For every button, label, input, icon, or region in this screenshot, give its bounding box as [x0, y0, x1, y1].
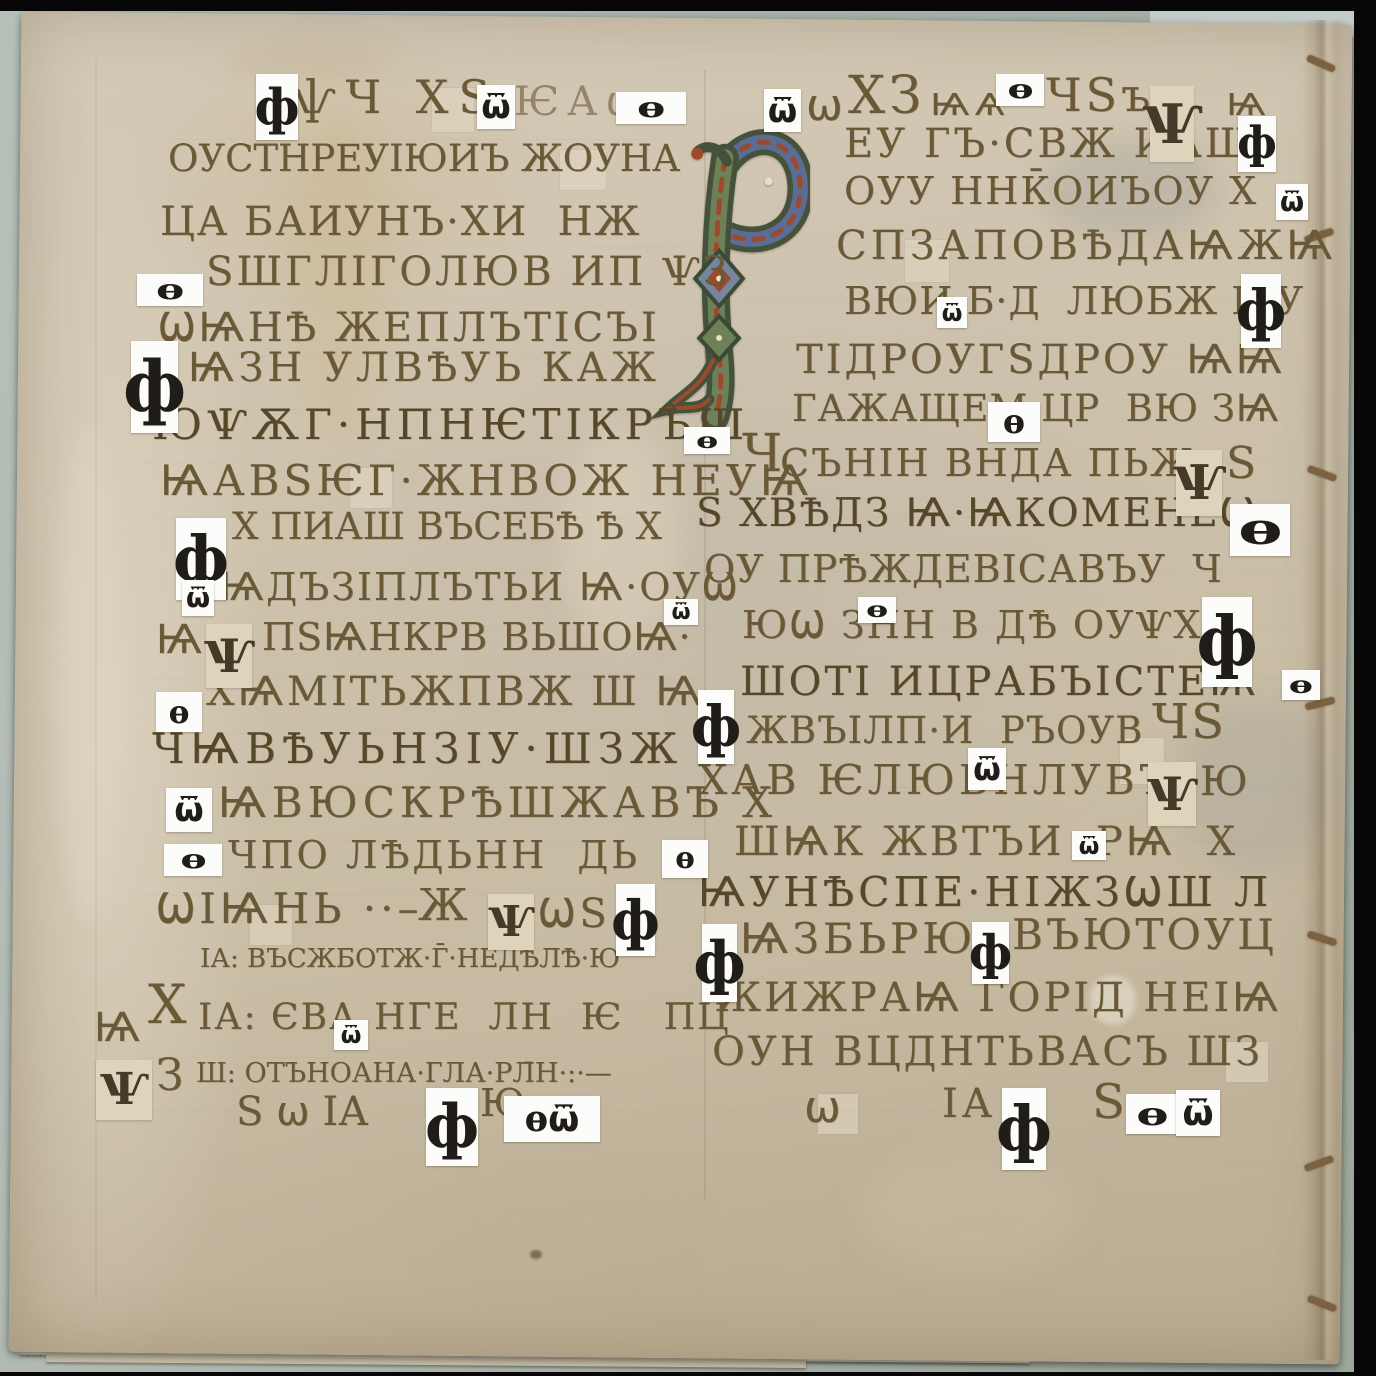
glyph-patch-omega-titlo: ѿ — [764, 89, 801, 132]
omega-titlo-glyph: ѿ — [942, 301, 963, 325]
text-line: З — [156, 1054, 183, 1098]
text-line: ХѨМІТЬЖПВЖ Ш Ѩ — [206, 672, 705, 712]
phi-glyph: ф — [693, 934, 745, 992]
psi-glyph: Ѱ — [1147, 771, 1197, 817]
glyph-patch-fita: ѳ — [156, 692, 202, 732]
text-line: Ѩ — [156, 620, 202, 660]
fita-glyph: ѳ — [180, 847, 206, 873]
stitch — [1307, 465, 1338, 482]
omega-titlo-glyph: ѿ — [186, 584, 210, 612]
text-line: ѨУНѢСПЕ·НІЖЗѠШ Л — [698, 872, 1272, 913]
glyph-patch-omega-titlo: ѿ — [334, 1020, 368, 1050]
glyph-patch-psi: Ѱ — [206, 624, 252, 688]
glyph-patch-omega-titlo: ѿ — [1176, 1090, 1220, 1136]
glyph-patch-psi: Ѱ — [488, 894, 534, 950]
manuscript-photo: Р ѱЧ ХЅ ѤАѡ — [0, 0, 1376, 1376]
glyph-patch-phi: ф — [972, 922, 1009, 984]
phi-glyph: ф — [969, 929, 1012, 977]
text-line: ЧЅъ — [1046, 72, 1154, 118]
phi-glyph: ф — [1196, 608, 1257, 676]
text-line: Ѕ — [1226, 442, 1256, 486]
stain — [420, 1180, 680, 1260]
glyph-patch-fita: ѳ — [988, 402, 1040, 442]
text-line: ОУСТНРЕУІЮИЪ ЖОУНА — [168, 140, 680, 177]
glyph-patch-fita: ѳ — [684, 427, 730, 454]
stain — [60, 420, 120, 920]
text-line: ВЪЮТОУЦ — [1012, 914, 1277, 956]
text-line: Ѡ ЖВЪІЛП·И РЪОУВ — [698, 712, 1143, 749]
glyph-patch-psi: Ѱ — [96, 1060, 152, 1120]
phi-glyph: ф — [996, 1098, 1052, 1160]
text-line: ѠѨНѢ ЖЕПЛЪТІСЪІ — [158, 308, 660, 348]
fita-glyph: ѳ — [1007, 77, 1033, 103]
glyph-patch-phi: ф — [1241, 274, 1281, 348]
glyph-patch-phi: ф — [1202, 597, 1252, 687]
fita-glyph: ѳ — [675, 844, 695, 874]
fita-glyph: ѳ — [637, 94, 665, 122]
text-line: Ч — [742, 428, 782, 480]
text-line: ѠЅ — [538, 894, 611, 934]
text-line: ѱЧ ХЅ — [294, 74, 500, 120]
stitch — [1307, 931, 1338, 947]
stain — [860, 1150, 1080, 1270]
text-line: ЖИЖРАѨ ГОРІД НЕІѨ — [716, 978, 1282, 1018]
glyph-patch-phi: ф — [256, 74, 298, 140]
omega-titlo-glyph: ѿ — [174, 793, 204, 827]
glyph-patch-fita: ѳ — [1126, 1094, 1178, 1134]
text-line: ТІДРОУГЅДРОУ ѨѨ — [796, 340, 1285, 380]
glyph-patch-fita: ѳ — [662, 840, 708, 878]
glyph-patch-phi: ф — [426, 1088, 478, 1166]
text-line: ЅШГЛІГОЛЮВ ИП ѰЗ — [206, 252, 730, 292]
glyph-patch-phi: ф — [616, 884, 655, 956]
omega-titlo-glyph: ѿ — [1182, 1095, 1213, 1131]
glyph-patch-omega-titlo: ѿ — [1276, 184, 1308, 220]
text-line: ЮѰѪГ·НПНѤТІКРЪШ — [152, 404, 749, 446]
omega-titlo-glyph: ѿ — [671, 601, 690, 623]
psi-glyph: Ѱ — [488, 901, 534, 943]
text-line: ХЗ — [848, 70, 925, 122]
text-line: ЦА БАИУНЪ·ХИ НЖ — [160, 202, 641, 242]
glyph-patch-psi: Ѱ — [1150, 86, 1194, 162]
fita-glyph: ѳ — [1003, 405, 1025, 439]
phi-glyph: ф — [691, 699, 742, 755]
glyph-patch-fita-omega: ѳѿ — [504, 1096, 600, 1142]
text-line: Ю — [1200, 762, 1248, 802]
glyph-patch-fita: ѳ — [858, 597, 896, 623]
fita-glyph: ѳ — [1238, 508, 1282, 552]
psi-glyph: Ѱ — [100, 1068, 148, 1112]
glyph-patch-fita: ѳ — [1230, 504, 1290, 556]
omega-titlo-glyph: ѿ — [341, 1023, 362, 1047]
fita-glyph: ѳ — [156, 276, 184, 304]
glyph-patch-omega-titlo: ѿ — [1072, 831, 1106, 860]
text-line: Х — [148, 978, 186, 1032]
text-line: НГЕ ЛН Ѥ ПЦ — [374, 1000, 730, 1036]
text-line: Ѕ — [1092, 1078, 1125, 1126]
text-line: ОУУ ННК̄ОИЪОУ Х — [844, 172, 1258, 210]
psi-glyph: Ѱ — [204, 633, 254, 679]
glyph-patch-fita: ѳ — [137, 274, 203, 306]
omega-titlo-glyph: ѿ — [768, 94, 798, 128]
text-line: ЧПО ЛѢДЬНН ДЬ — [228, 836, 640, 874]
fita-glyph: ѳ — [866, 599, 888, 621]
glyph-patch-omega-titlo: ѿ — [477, 85, 515, 129]
text-line: ѨДЪЗІПЛЪТЬИ Ѩ·ОУѠ — [220, 568, 739, 606]
phi-glyph: ф — [1237, 122, 1277, 166]
glyph-patch-phi: ф — [698, 690, 734, 764]
text-line: ѠІѨНЬ ··– — [156, 888, 423, 930]
glyph-patch-psi: Ѱ — [1148, 762, 1196, 826]
glyph-patch-omega-titlo: ѿ — [664, 599, 698, 625]
text-line: ОУН ВЦДНТЬВАСЪ ШЗ — [712, 1032, 1263, 1072]
glyph-patch-fita: ѳ — [616, 92, 686, 124]
text-line: ІА — [942, 1084, 996, 1124]
fita-glyph: ѳ — [169, 696, 190, 728]
omega-titlo-glyph: ѿ — [1280, 188, 1304, 216]
fita-glyph: ѳ — [1136, 1098, 1168, 1130]
text-line: ЮѠ ЗНН В ДѢ ОУѰХ — [742, 606, 1202, 644]
text-line: Ѕ ѡ ІА — [236, 1092, 368, 1132]
text-line: ХАВ ѤЛЮВНЛУВЪІ — [698, 760, 1195, 801]
text-line: ПЅѨНКРВ ВЬШОѨ· — [262, 618, 692, 656]
phi-glyph: ф — [425, 1097, 479, 1157]
glyph-patch-omega-titlo: ѿ — [166, 788, 212, 832]
ink-speck — [530, 1250, 542, 1259]
fita-glyph: ѳ — [1289, 673, 1313, 697]
phi-glyph: ф — [123, 352, 186, 422]
phi-glyph: ф — [611, 893, 660, 947]
stitch — [1306, 54, 1336, 73]
text-line: Ж — [418, 884, 467, 928]
glyph-patch-psi: Ѱ — [1176, 450, 1222, 516]
fita-glyph: ѳ — [696, 430, 718, 452]
glyph-patch-phi: ф — [702, 924, 737, 1002]
text-line: ЧѨВѢУЬНЗІУ·ШЗЖ — [152, 728, 683, 770]
text-line: ѡ — [806, 84, 843, 128]
omega-titlo-glyph: ѿ — [973, 753, 1001, 785]
psi-glyph: Ѱ — [1142, 97, 1201, 151]
glyph-patch-phi: ф — [1238, 116, 1276, 172]
rubric-line: ІА: ВЪСЖБОТЖ·Г̄·НЕДѢЛѢ·Ю — [200, 946, 620, 972]
rubric-line: Ш: ОТЪНОАНА·ГЛА·РЛ̄Н·:·— — [196, 1060, 612, 1087]
glyph-patch-omega-titlo: ѿ — [182, 580, 214, 616]
phi-glyph: ф — [1236, 283, 1287, 339]
glyph-patch-fita: ѳ — [164, 844, 222, 876]
omega-titlo-glyph: ѿ — [481, 90, 511, 124]
text-line: ѡ — [804, 1086, 841, 1130]
fita-omega-glyphs: ѳѿ — [525, 1101, 580, 1137]
text-line: ѨВЮСКРѢШЖАВЪ Х — [218, 782, 777, 824]
text-line: СПЗАПОВѢДАѨЖѨ — [836, 226, 1337, 266]
text-line: Х ПИАШ ВЪСЕБѢ Ѣ Х — [232, 508, 662, 545]
glyph-patch-phi: ф — [1002, 1088, 1046, 1170]
psi-glyph: Ѱ — [1173, 459, 1226, 507]
omega-titlo-glyph: ѿ — [1079, 834, 1100, 858]
glyph-patch-omega-titlo: ѿ — [937, 297, 967, 328]
phi-glyph: ф — [254, 82, 299, 132]
text-line: СЪНІН ВНДА ПЬЖ — [780, 444, 1195, 482]
glyph-patch-phi: ф — [131, 341, 178, 433]
stitch — [1304, 1155, 1335, 1172]
glyph-patch-omega-titlo: ѿ — [968, 748, 1006, 790]
text-line: ЧЅ — [1152, 698, 1226, 746]
text-line: Ѩ — [94, 1008, 140, 1048]
stitch — [1307, 1295, 1337, 1313]
glyph-patch-fita: ѳ — [996, 74, 1044, 106]
text-line: ШѨК ЖВТЪИ РѨ Х — [734, 822, 1238, 862]
text-line: ѨЗН УЛВѢУЬ КАЖ — [188, 348, 660, 388]
glyph-patch-fita: ѳ — [1282, 670, 1320, 700]
text-line: ОУ ПРѢЖДЕВІСАВЪУ Ч — [704, 550, 1223, 588]
